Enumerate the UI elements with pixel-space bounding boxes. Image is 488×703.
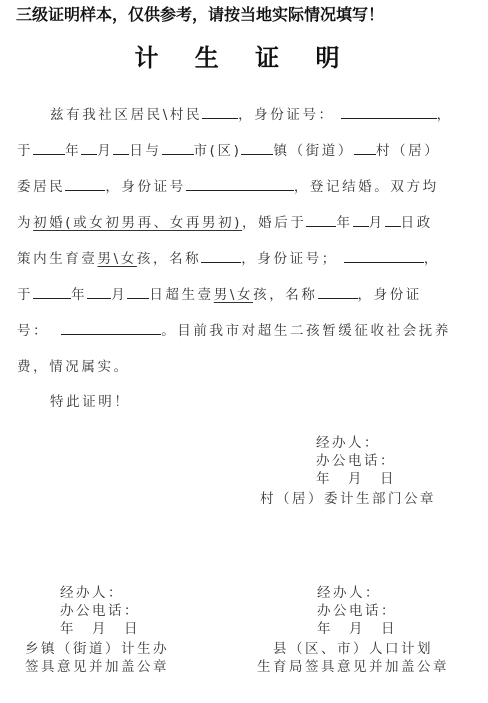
- text: ，登记结婚。双方均: [294, 179, 439, 195]
- blank-spouse-id[interactable]: [186, 177, 294, 191]
- marriage-status-text: 初婚(或女初男再、女再男初): [33, 215, 242, 231]
- date-label: 年 月 日: [260, 468, 460, 490]
- body-line-5: 策内生育壹男\女孩，名称，身份证号；，: [17, 247, 440, 267]
- seal-label-2: 签具意见并加盖公章: [25, 656, 225, 678]
- blank-child1-name[interactable]: [201, 249, 241, 263]
- text: 月: [97, 143, 113, 159]
- text: ，身份证号: [105, 179, 186, 195]
- page-title: 计 生 证 明: [0, 38, 488, 73]
- seal-label: 村（居）委计生部门公章: [260, 488, 460, 510]
- blank-birth-month[interactable]: [353, 213, 369, 227]
- blank-month[interactable]: [81, 141, 97, 155]
- body-line-7: 号：。目前我市对超生二孩暂缓征收社会抚养: [17, 319, 451, 339]
- gender-text: 男\女: [98, 251, 137, 267]
- text: 月: [369, 215, 385, 231]
- text: ，婚后于: [242, 215, 306, 231]
- blank-birth-day[interactable]: [385, 213, 401, 227]
- text: 。目前我市对超生二孩暂缓征收社会抚养: [161, 323, 451, 339]
- text: 策内生育壹: [17, 251, 98, 267]
- blank-child1-id[interactable]: [344, 249, 424, 263]
- body-line-8: 费，情况属实。: [17, 355, 130, 375]
- text: 为: [17, 215, 33, 231]
- text: 年: [65, 143, 81, 159]
- date-label: 年 月 日: [257, 618, 487, 640]
- text: ，身份证号；: [241, 251, 338, 267]
- text: 市(区): [194, 143, 242, 159]
- blank-town[interactable]: [241, 141, 273, 155]
- blank-day[interactable]: [113, 141, 129, 155]
- text: ，身份证号：: [238, 107, 335, 123]
- text: ，: [437, 107, 453, 123]
- gender-text: 男\女: [214, 287, 253, 303]
- county-signature-block: 经办人： 办公电话： 年 月 日 县（区、市）人口计划 生育局签具意见并加盖公章: [257, 582, 487, 678]
- text: ，身份证: [358, 287, 422, 303]
- text: 年: [71, 287, 87, 303]
- blank-child2-year[interactable]: [33, 285, 71, 299]
- village-signature-block: 经办人： 办公电话： 年 月 日 村（居）委计生部门公章: [260, 432, 460, 510]
- body-line-6: 于年月日超生壹男\女孩，名称，身份证: [17, 283, 422, 303]
- body-line-1: 兹有我社区居民\村民，身份证号：，: [50, 103, 453, 123]
- text: 镇（街道）: [273, 143, 354, 159]
- blank-child2-day[interactable]: [127, 285, 149, 299]
- text: 于: [17, 143, 33, 159]
- text: 号：: [17, 323, 49, 339]
- body-line-4: 为初婚(或女初男再、女再男初)，婚后于年月日政: [17, 211, 433, 231]
- blank-spouse-name[interactable]: [65, 177, 105, 191]
- text: ，: [424, 251, 440, 267]
- blank-city[interactable]: [162, 141, 194, 155]
- text: 年: [336, 215, 352, 231]
- blank-year[interactable]: [33, 141, 65, 155]
- text: 村（居）: [376, 143, 440, 159]
- text: 于: [17, 287, 33, 303]
- date-label: 年 月 日: [25, 618, 225, 640]
- text: 日超生壹: [149, 287, 213, 303]
- blank-resident-name[interactable]: [202, 105, 238, 119]
- body-line-3: 委居民，身份证号，登记结婚。双方均: [17, 175, 439, 195]
- text: 月: [111, 287, 127, 303]
- text: 日与: [129, 143, 161, 159]
- blank-child2-name[interactable]: [318, 285, 358, 299]
- blank-id-number[interactable]: [341, 105, 437, 119]
- text: 委居民: [17, 179, 65, 195]
- body-line-9: 特此证明！: [50, 390, 131, 410]
- blank-child2-month[interactable]: [87, 285, 111, 299]
- sample-notice: 三级证明样本，仅供参考，请按当地实际情况填写！: [16, 2, 384, 25]
- blank-child2-id[interactable]: [61, 321, 161, 335]
- blank-village[interactable]: [354, 141, 376, 155]
- text: 日政: [401, 215, 433, 231]
- text: 孩，名称: [253, 287, 317, 303]
- text: 兹有我社区居民\村民: [50, 107, 202, 123]
- seal-label-2: 生育局签具意见并加盖公章: [257, 656, 487, 678]
- town-signature-block: 经办人： 办公电话： 年 月 日 乡镇（街道）计生办 签具意见并加盖公章: [25, 582, 225, 678]
- blank-birth-year[interactable]: [306, 213, 336, 227]
- body-line-2: 于年月日与市(区)镇（街道）村（居）: [17, 139, 440, 159]
- text: 孩，名称: [137, 251, 201, 267]
